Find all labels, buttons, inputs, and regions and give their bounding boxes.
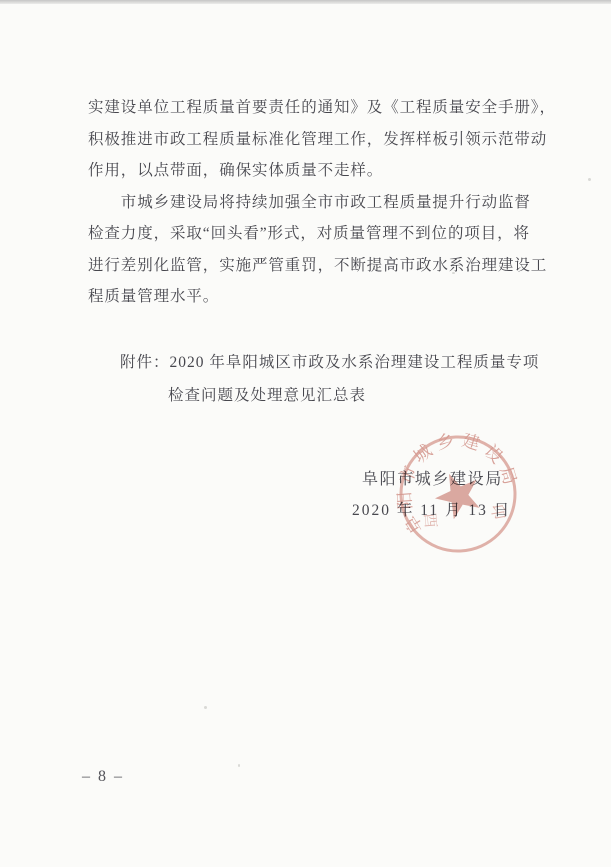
- issue-date: 2020 年 11 月 13 日: [352, 498, 511, 520]
- body-text-line: 作用，以点带面，确保实体质量不走样。: [88, 155, 546, 187]
- body-text-line: 检查力度，采取“回头看”形式，对质量管理不到位的项目，将: [88, 218, 546, 250]
- body-text-line: 程质量管理水平。: [88, 281, 546, 313]
- body-text-line: 积极推进市政工程质量标准化管理工作，发挥样板引领示范带动: [88, 124, 546, 156]
- attachment-title-part1: 2020 年阜阳城区市政及水系治理建设工程质量专项: [170, 354, 540, 371]
- attachment-title-part2: 检查问题及处理意见汇总表: [168, 379, 550, 412]
- scan-speck: [204, 706, 207, 709]
- scanned-document-page: 实建设单位工程质量首要责任的通知》及《工程质量安全手册》， 积极推进市政工程质量…: [0, 0, 611, 867]
- body-text-line: 实建设单位工程质量首要责任的通知》及《工程质量安全手册》，: [88, 92, 546, 124]
- issuer-name: 阜阳市城乡建设局: [362, 466, 503, 489]
- body-text-line: 市城乡建设局将持续加强全市市政工程质量提升行动监督: [88, 187, 546, 219]
- scan-top-edge: [0, 0, 611, 4]
- document-body: 实建设单位工程质量首要责任的通知》及《工程质量安全手册》， 积极推进市政工程质量…: [88, 92, 546, 313]
- official-seal: 阜阳市城乡建设局 卬 酉: [396, 432, 520, 556]
- seal-ring: [396, 432, 520, 556]
- body-text-line: 进行差别化监管，实施严管重罚，不断提高市政水系治理建设工: [88, 250, 546, 282]
- attachment-label: 附件：: [120, 354, 170, 371]
- page-number: – 8 –: [82, 768, 124, 786]
- scan-speck: [588, 178, 591, 181]
- attachment-line-1: 附件：2020 年阜阳城区市政及水系治理建设工程质量专项: [120, 346, 550, 379]
- scan-speck: [238, 764, 240, 767]
- attachment-section: 附件：2020 年阜阳城区市政及水系治理建设工程质量专项 检查问题及处理意见汇总…: [120, 346, 550, 412]
